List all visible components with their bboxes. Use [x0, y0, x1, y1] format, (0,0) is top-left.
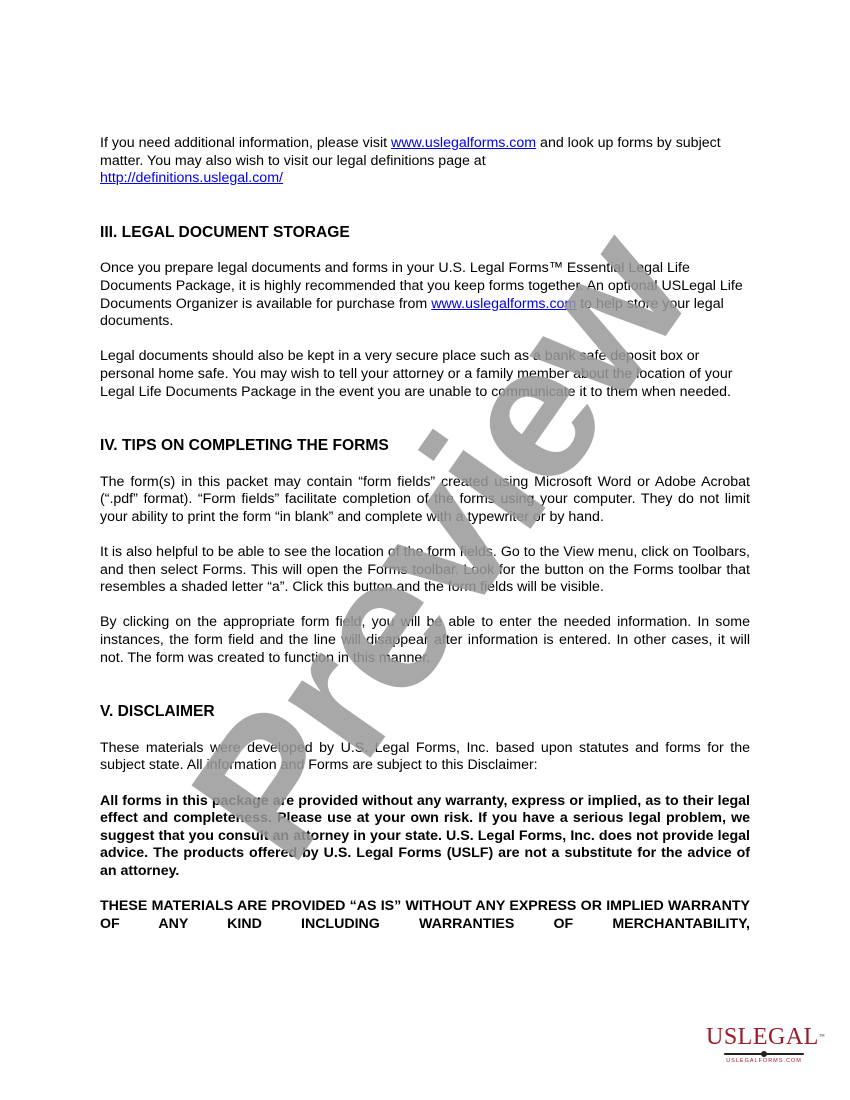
document-page: If you need additional information, plea…: [0, 0, 850, 1100]
uslegalforms-link[interactable]: www.uslegalforms.com: [391, 135, 536, 151]
uslegalforms-link-2[interactable]: www.uslegalforms.com: [431, 296, 576, 312]
section-heading-storage: III. LEGAL DOCUMENT STORAGE: [100, 223, 750, 243]
eagle-wings-icon: [724, 1051, 804, 1057]
logo-url: USLEGALFORMS.COM: [706, 1058, 822, 1064]
tips-paragraph-2: It is also helpful to be able to see the…: [100, 544, 750, 597]
disclaimer-paragraph-2: All forms in this package are provided w…: [100, 793, 750, 881]
intro-text: If you need additional information, plea…: [100, 135, 391, 151]
disclaimer-paragraph-1: These materials were developed by U.S. L…: [100, 740, 750, 775]
logo-name: USLEGAL: [706, 1024, 819, 1050]
section-heading-disclaimer: V. DISCLAIMER: [100, 702, 750, 722]
tips-paragraph-1: The form(s) in this packet may contain “…: [100, 474, 750, 527]
storage-paragraph-2: Legal documents should also be kept in a…: [100, 348, 750, 401]
disclaimer-paragraph-3: THESE MATERIALS ARE PROVIDED “AS IS” WIT…: [100, 898, 750, 933]
trademark-symbol: ™: [819, 1034, 825, 1040]
intro-paragraph: If you need additional information, plea…: [100, 135, 750, 188]
uslegal-logo: USLEGAL™ USLEGALFORMS.COM: [706, 1025, 822, 1064]
logo-wordmark: USLEGAL™: [706, 1025, 822, 1049]
storage-paragraph-1: Once you prepare legal documents and for…: [100, 260, 750, 330]
tips-paragraph-3: By clicking on the appropriate form fiel…: [100, 614, 750, 667]
definitions-link[interactable]: http://definitions.uslegal.com/: [100, 170, 283, 186]
section-heading-tips: IV. TIPS ON COMPLETING THE FORMS: [100, 436, 750, 456]
document-body: If you need additional information, plea…: [100, 135, 750, 933]
